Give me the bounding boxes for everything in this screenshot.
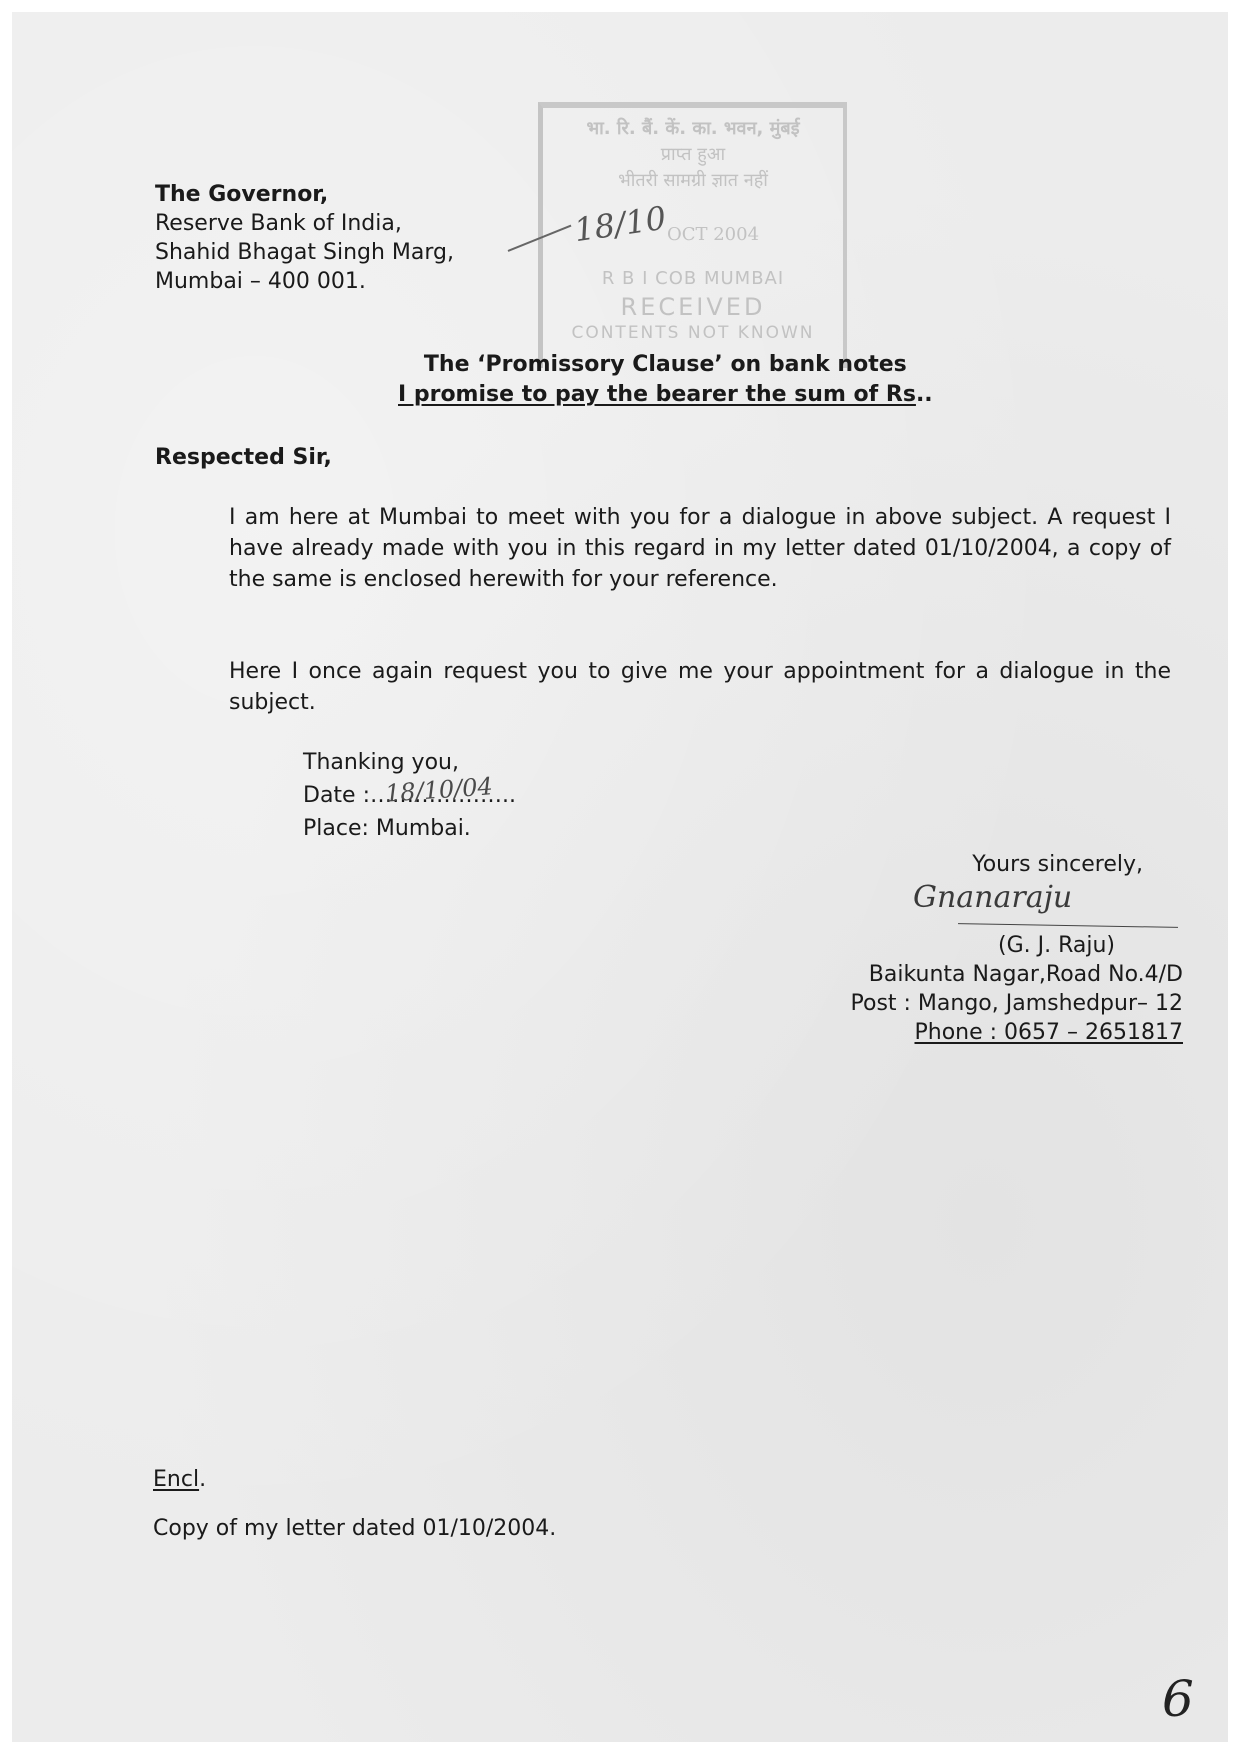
subject-suffix: ..: [916, 382, 933, 407]
stamp-line-5: R B I COB MUMBAI: [543, 266, 843, 292]
recipient-city: Mumbai – 400 001.: [155, 267, 454, 296]
subject-line-1: The ‘Promissory Clause’ on bank notes: [398, 350, 933, 380]
promise-clause: I promise to pay the bearer the sum of R…: [398, 382, 916, 407]
stamp-received: RECEIVED: [543, 294, 843, 320]
sender-address-1: Baikunta Nagar,Road No.4/D: [851, 960, 1184, 989]
body-paragraph-2: Here I once again request you to give me…: [229, 656, 1171, 718]
recipient-street: Shahid Bhagat Singh Marg,: [155, 238, 454, 267]
handwritten-signature: Gnanaraju: [913, 880, 1072, 915]
encl-abbrev: Encl: [153, 1467, 199, 1492]
subject-line-2: I promise to pay the bearer the sum of R…: [398, 380, 933, 410]
sender-address-2: Post : Mango, Jamshedpur– 12: [851, 989, 1184, 1018]
page-number: 6: [1162, 1670, 1194, 1728]
salutation: Respected Sir,: [155, 443, 332, 472]
recipient-org: Reserve Bank of India,: [155, 209, 454, 238]
subject-heading: The ‘Promissory Clause’ on bank notes I …: [398, 350, 933, 410]
valediction: Yours sincerely,: [851, 850, 1144, 879]
stamp-line-2: प्राप्त हुआ: [543, 142, 843, 168]
stamp-line-1: भा. रि. बैं. कें. का. भवन, मुंबई: [543, 116, 843, 142]
recipient-title: The Governor,: [155, 180, 454, 209]
place-line: Place: Mumbai.: [303, 812, 516, 845]
body-paragraph-1: I am here at Mumbai to meet with you for…: [229, 502, 1171, 595]
sender-phone: Phone : 0657 – 2651817: [851, 1018, 1184, 1047]
stamp-contents-not-known: CONTENTS NOT KNOWN: [543, 320, 843, 346]
sender-name: (G. J. Raju): [851, 931, 1116, 960]
enclosure-item: Copy of my letter dated 01/10/2004.: [153, 1514, 556, 1543]
enclosure-label: Encl.: [153, 1465, 206, 1494]
stamp-line-3: भीतरी सामग्री ज्ञात नहीं: [543, 168, 843, 194]
recipient-address: The Governor, Reserve Bank of India, Sha…: [155, 180, 454, 296]
encl-suffix: .: [199, 1467, 206, 1492]
